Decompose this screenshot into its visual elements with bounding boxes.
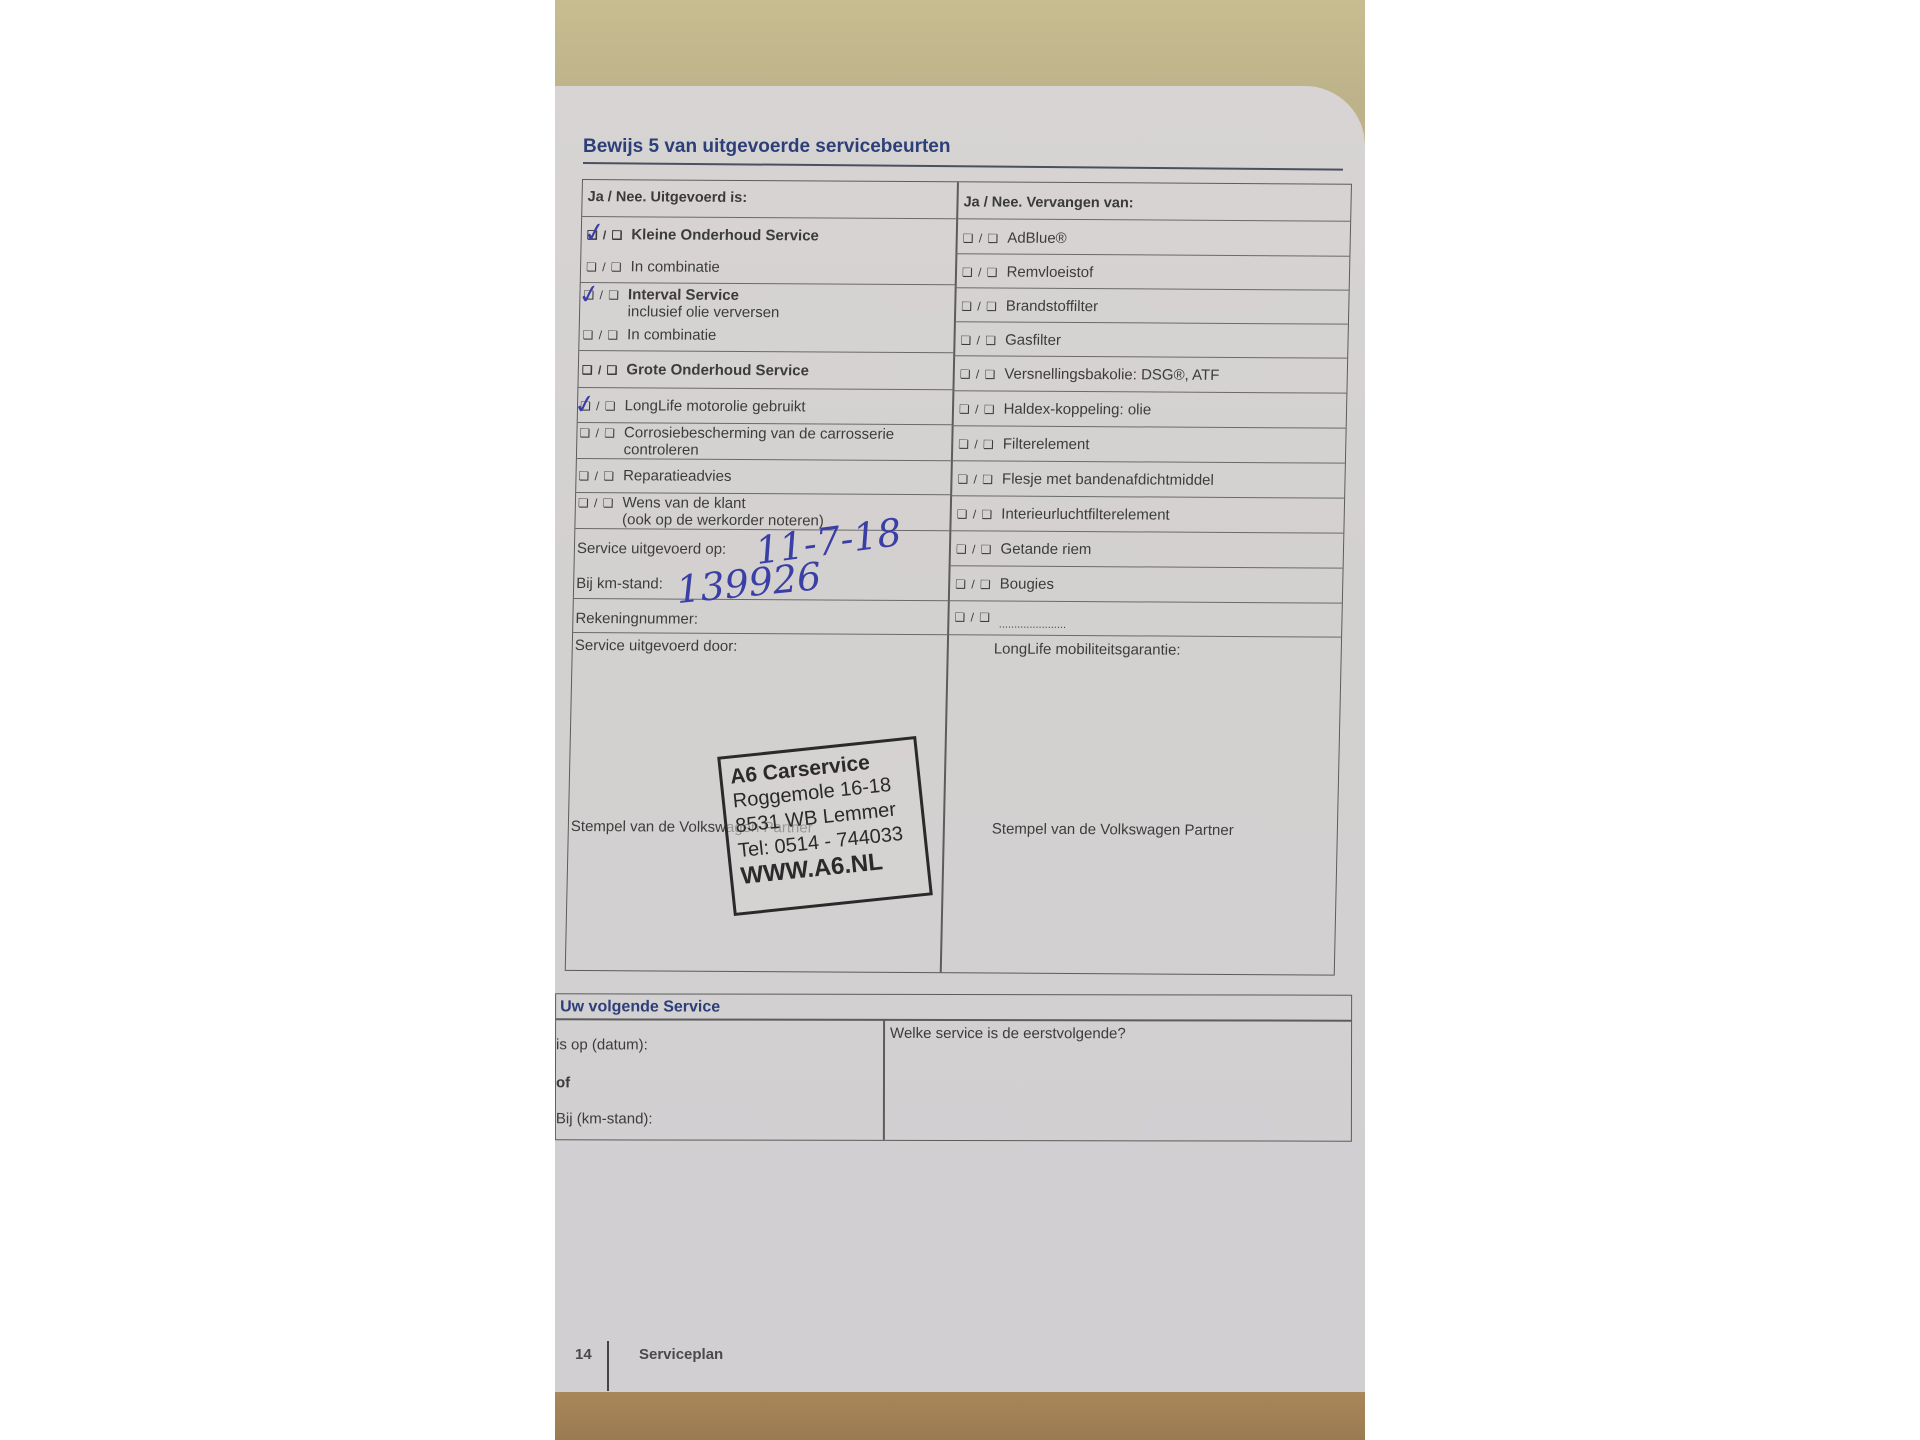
item-grote-onderhoud: ❏ / ❏Grote Onderhoud Service — [582, 361, 809, 379]
checkmark-icon: ✓ — [582, 216, 608, 249]
next-service-table: Uw volgende Service is op (datum): of Bi… — [555, 993, 1352, 1141]
page-title: Bewijs 5 van uitgevoerde servicebeurten — [583, 136, 951, 158]
next-service-question: Welke service is de eerstvolgende? — [890, 1025, 1126, 1042]
row-line — [951, 460, 1345, 463]
ja-nee-checkbox[interactable]: ❏ / ❏ — [959, 402, 996, 416]
row-line — [578, 387, 952, 390]
replace-item: ❏ / ❏Filterelement — [958, 435, 1090, 453]
item-in-combinatie-2: ❏ / ❏In combinatie — [582, 326, 716, 344]
performed-by-label: Service uitgevoerd door: — [575, 637, 738, 655]
item-interval-service: ❏ / ❏Interval Serviceinclusief olie verv… — [583, 286, 780, 321]
ja-nee-checkbox[interactable]: ❏ / ❏ — [960, 333, 997, 347]
ja-nee-checkbox[interactable]: ❏ / ❏ — [579, 426, 616, 440]
next-or-label: of — [556, 1074, 570, 1091]
row-line — [950, 495, 1344, 498]
ja-nee-checkbox[interactable]: ❏ / ❏ — [955, 577, 992, 591]
row-line — [955, 253, 1349, 256]
row-line — [556, 1018, 1351, 1021]
left-column-header: Ja / Nee. Uitgevoerd is: — [587, 189, 747, 206]
column-divider — [883, 1020, 885, 1140]
checkmark-icon: ✓ — [576, 278, 602, 311]
service-date-label: Service uitgevoerd op: — [577, 540, 727, 558]
replace-item: ❏ / ❏Getande riem — [956, 540, 1092, 558]
ja-nee-checkbox[interactable]: ❏ / ❏ — [957, 472, 994, 486]
next-date-label: is op (datum): — [556, 1036, 648, 1053]
ja-nee-checkbox[interactable]: ❏ / ❏ — [578, 496, 615, 510]
ja-nee-checkbox[interactable]: ❏ / ❏ — [960, 367, 997, 381]
invoice-label: Rekeningnummer: — [575, 610, 698, 628]
ja-nee-checkbox[interactable]: ❏ / ❏ — [586, 260, 623, 274]
document-photo: Bewijs 5 van uitgevoerde servicebeurten … — [555, 0, 1365, 1440]
replace-item: ❏ / ❏Interieurluchtfilterelement — [957, 505, 1170, 523]
right-column-header: Ja / Nee. Vervangen van: — [963, 194, 1133, 211]
ja-nee-checkbox[interactable]: ❏ / ❏ — [957, 507, 994, 521]
ja-nee-checkbox[interactable]: ❏ / ❏ — [582, 363, 619, 377]
row-line — [582, 216, 1350, 222]
ja-nee-checkbox[interactable]: ❏ / ❏ — [963, 231, 1000, 245]
page-number: 14 — [575, 1346, 592, 1363]
longlife-label: LongLife mobiliteitsgarantie: — [994, 641, 1181, 659]
row-line — [955, 287, 1349, 290]
row-line — [581, 282, 955, 285]
row-line — [577, 458, 951, 461]
item-reparatieadvies: ❏ / ❏Reparatieadvies — [578, 467, 731, 485]
footer-section: Serviceplan — [639, 1346, 723, 1363]
replace-item-blank: ❏ / ❏...................... — [954, 608, 1066, 631]
next-km-label: Bij (km-stand): — [556, 1110, 653, 1127]
handwritten-km: 139926 — [675, 554, 823, 612]
replace-item: ❏ / ❏Remvloeistof — [962, 263, 1094, 281]
title-underline — [583, 162, 1343, 171]
replace-item: ❏ / ❏Gasfilter — [960, 331, 1061, 349]
desk-surface — [555, 1392, 1365, 1440]
replace-item: ❏ / ❏Bougies — [955, 575, 1054, 593]
replace-item: ❏ / ❏AdBlue® — [963, 229, 1067, 247]
row-line — [954, 321, 1348, 324]
next-service-title: Uw volgende Service — [560, 998, 720, 1016]
replace-item: ❏ / ❏Brandstoffilter — [961, 297, 1098, 315]
row-line — [952, 425, 1346, 428]
stamp-caption-right: Stempel van de Volkswagen Partner — [992, 821, 1234, 839]
item-corrosiebescherming: ❏ / ❏Corrosiebescherming van de carrosse… — [579, 424, 894, 460]
ja-nee-checkbox[interactable]: ❏ / ❏ — [582, 328, 619, 342]
service-booklet-page: Bewijs 5 van uitgevoerde servicebeurten … — [555, 86, 1365, 1392]
row-line — [949, 565, 1343, 568]
row-line — [579, 350, 953, 353]
replace-item: ❏ / ❏Versnellingsbakolie: DSG®, ATF — [960, 365, 1220, 384]
row-line — [952, 390, 1346, 393]
km-label: Bij km-stand: — [576, 575, 663, 593]
ja-nee-checkbox[interactable]: ❏ / ❏ — [954, 610, 991, 624]
ja-nee-checkbox[interactable]: ❏ / ❏ — [961, 299, 998, 313]
ja-nee-checkbox[interactable]: ❏ / ❏ — [956, 542, 993, 556]
ja-nee-checkbox[interactable]: ❏ / ❏ — [578, 469, 615, 483]
item-longlife-olie: ❏ / ❏LongLife motorolie gebruikt — [580, 397, 806, 415]
item-kleine-onderhoud: ❏ / ❏Kleine Onderhoud Service — [587, 226, 819, 244]
footer-divider — [607, 1341, 609, 1391]
checkmark-icon: ✓ — [572, 388, 598, 421]
item-in-combinatie-1: ❏ / ❏In combinatie — [586, 258, 720, 276]
row-line — [949, 530, 1343, 533]
ja-nee-checkbox[interactable]: ❏ / ❏ — [958, 437, 995, 451]
dealer-stamp: A6 Carservice Roggemole 16-18 8531 WB Le… — [717, 736, 933, 916]
row-line — [953, 355, 1347, 358]
replace-item: ❏ / ❏Haldex-koppeling: olie — [959, 400, 1151, 418]
ja-nee-checkbox[interactable]: ❏ / ❏ — [962, 265, 999, 279]
replace-item: ❏ / ❏Flesje met bandenafdichtmiddel — [957, 470, 1214, 489]
service-record-table: Ja / Nee. Uitgevoerd is: Ja / Nee. Verva… — [565, 179, 1352, 976]
